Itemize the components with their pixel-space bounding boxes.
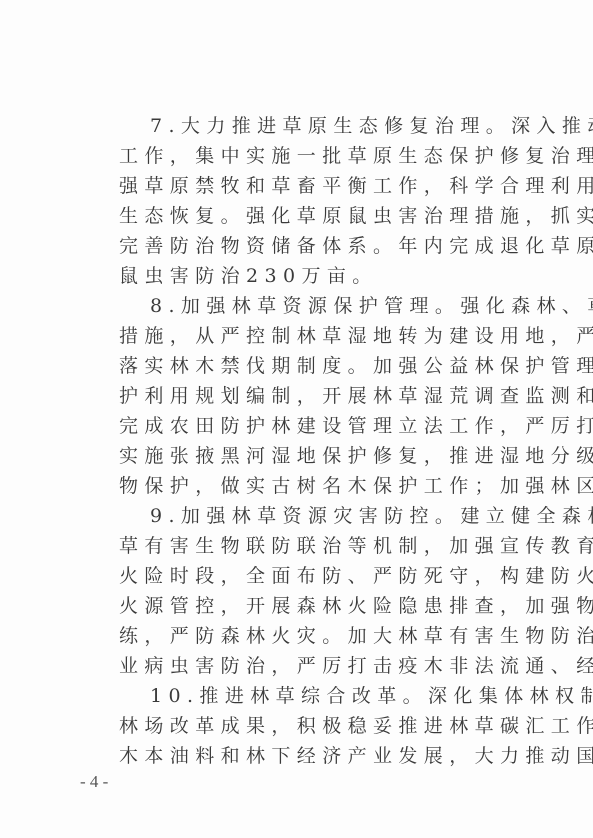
text-line: 火源管控，开展森林火险隐患排查，加强物资储备，常态应急演 <box>81 591 521 621</box>
paragraph-9: 9.加强林草资源灾害防控。建立健全森林草原防火、重大林 草有害生物联防联治等机制… <box>81 501 521 681</box>
text-line: 火险时段，全面布防、严防死守，构建防火网络体系。强化野外 <box>81 561 521 591</box>
text-line: 完善防治物资储备体系。年内完成退化草原治理253万亩、草原 <box>81 231 521 261</box>
text-line: 10.推进林草综合改革。深化集体林权制度改革，巩固国有 <box>81 681 521 711</box>
text-line: 草有害生物联防联治等机制，加强宣传教育，在重要节假日和高 <box>81 531 521 561</box>
text-line: 措施，从严控制林草湿地转为建设用地，严格森林采伐限额管理， <box>81 321 521 351</box>
text-line: 强草原禁牧和草畜平衡工作，科学合理利用草原资源，加快草原 <box>81 171 521 201</box>
paragraph-7: 7.大力推进草原生态修复治理。深入推动草原生态修复治理 工作，集中实施一批草原生… <box>81 111 521 291</box>
body-text: 7.大力推进草原生态修复治理。深入推动草原生态修复治理 工作，集中实施一批草原生… <box>81 111 521 771</box>
text-line: 实施张掖黑河湿地保护修复，推进湿地分级管理；加强野生动植 <box>81 441 521 471</box>
text-line: 鼠虫害防治230万亩。 <box>81 261 521 291</box>
page-number: - 4 - <box>80 772 108 792</box>
text-line: 生态恢复。强化草原鼠虫害治理措施，抓实草原虫情鼠情监测， <box>81 201 521 231</box>
text-line: 8.加强林草资源保护管理。强化森林、草原、湿地资源管护 <box>81 291 521 321</box>
text-line: 业病虫害防治，严厉打击疫木非法流通、经营、加工。 <box>81 651 521 681</box>
text-line: 护利用规划编制，开展林草湿荒调查监测和2023年森林督查， <box>81 381 521 411</box>
text-line: 木本油料和林下经济产业发展，大力推动国家级森林康养示范基 <box>81 741 521 771</box>
text-line: 9.加强林草资源灾害防控。建立健全森林草原防火、重大林 <box>81 501 521 531</box>
text-line: 练，严防森林火灾。加大林草有害生物防治投入，加强常发性林 <box>81 621 521 651</box>
text-line: 物保护，做实古树名木保护工作；加强林区禁种铲毒。 <box>81 471 521 501</box>
paragraph-8: 8.加强林草资源保护管理。强化森林、草原、湿地资源管护 措施，从严控制林草湿地转… <box>81 291 521 501</box>
text-line: 完成农田防护林建设管理立法工作，严厉打击涉林草违法行为； <box>81 411 521 441</box>
text-line: 林场改革成果，积极稳妥推进林草碳汇工作，全力推进经济林果、 <box>81 711 521 741</box>
paragraph-10: 10.推进林草综合改革。深化集体林权制度改革，巩固国有 林场改革成果，积极稳妥推… <box>81 681 521 771</box>
text-line: 7.大力推进草原生态修复治理。深入推动草原生态修复治理 <box>81 111 521 141</box>
text-line: 工作，集中实施一批草原生态保护修复治理精品工程，进一步加 <box>81 141 521 171</box>
document-page: 7.大力推进草原生态修复治理。深入推动草原生态修复治理 工作，集中实施一批草原生… <box>0 0 593 838</box>
text-line: 落实林木禁伐期制度。加强公益林保护管理，推进新一轮林地保 <box>81 351 521 381</box>
